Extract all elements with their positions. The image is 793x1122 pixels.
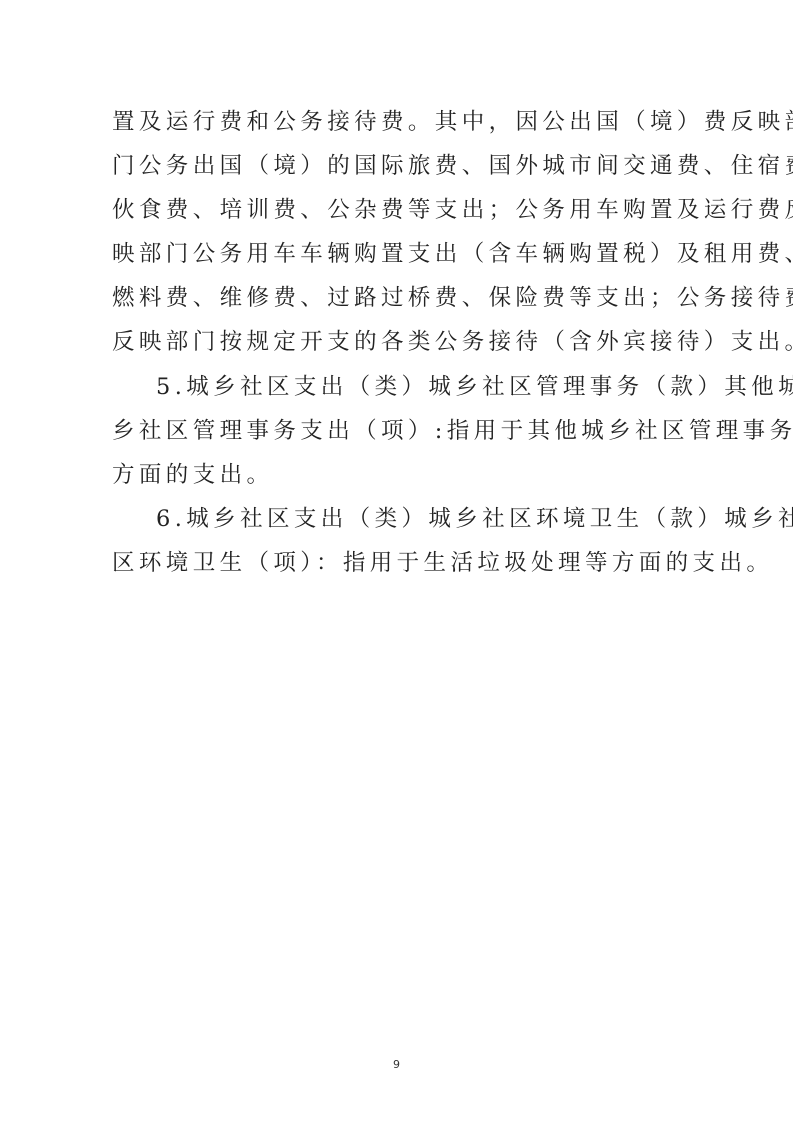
document-page: 置及运行费和公务接待费。其中，因公出国（境）费反映部 门公务出国（境）的国际旅费… <box>0 0 793 1122</box>
text-line: 方面的支出。 <box>112 460 692 490</box>
text-line: 区环境卫生（项）：指用于生活垃圾处理等方面的支出。 <box>112 548 692 578</box>
page-number: 9 <box>0 1058 793 1071</box>
text-line: 5.城乡社区支出（类）城乡社区管理事务（款）其他城 <box>156 372 692 402</box>
text-line: 燃料费、维修费、过路过桥费、保险费等支出；公务接待费 <box>112 283 692 313</box>
text-line: 置及运行费和公务接待费。其中，因公出国（境）费反映部 <box>112 107 692 137</box>
text-line: 门公务出国（境）的国际旅费、国外城市间交通费、住宿费、 <box>112 151 692 181</box>
text-line: 映部门公务用车车辆购置支出（含车辆购置税）及租用费、 <box>112 239 692 269</box>
text-line: 反映部门按规定开支的各类公务接待（含外宾接待）支出。 <box>112 327 692 357</box>
text-line: 乡社区管理事务支出（项）:指用于其他城乡社区管理事务 <box>112 416 692 446</box>
text-line: 伙食费、培训费、公杂费等支出；公务用车购置及运行费反 <box>112 195 692 225</box>
text-line: 6.城乡社区支出（类）城乡社区环境卫生（款）城乡社 <box>156 504 692 534</box>
